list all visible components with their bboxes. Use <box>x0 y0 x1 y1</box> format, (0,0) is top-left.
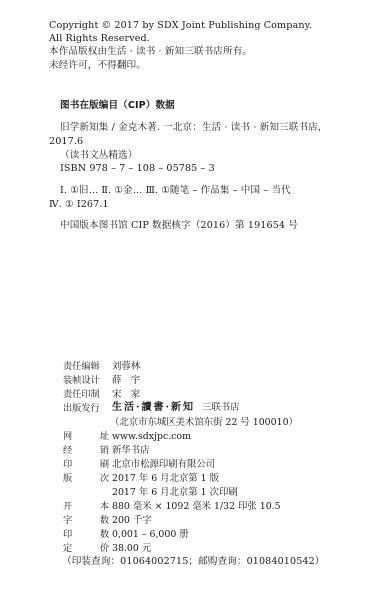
credit-label-website: 网 址 <box>63 431 113 443</box>
cip-entry-line2: 2017.6 <box>49 136 83 148</box>
cip-verification: 中国版本图书馆 CIP 数据核字（2016）第 191654 号 <box>60 220 298 232</box>
credit-value-printer: 北京市松源印刷有限公司 <box>112 459 215 471</box>
credit-value-edition: 2017 年 6 月北京第 1 版 <box>112 473 219 485</box>
cip-isbn: ISBN 978 – 7 – 108 – 05785 – 3 <box>60 163 215 175</box>
credit-value-price: 38.00 元 <box>112 543 151 555</box>
credit-label-designer: 装帧设计 <box>63 375 113 387</box>
copyright-line: Copyright © 2017 by SDX Joint Publishing… <box>49 20 312 32</box>
cip-subjects-line1: Ⅰ. ①旧… Ⅱ. ①金… Ⅲ. ①随笔 – 作品集 – 中国 – 当代 <box>60 185 291 197</box>
ownership-notice: 本作品版权由生活 · 读书 · 新知三联书店所有。 <box>49 46 252 58</box>
credit-label-word-count: 字 数 <box>63 515 113 527</box>
publisher-name: 三联书店 <box>202 402 240 413</box>
credit-label-print-run: 印 数 <box>63 529 113 541</box>
cip-heading: 图书在版编目（CIP）数据 <box>60 100 175 112</box>
credit-label-printer: 印 刷 <box>63 459 113 471</box>
credit-value-print-run: 0,001 – 6,000 册 <box>112 529 189 541</box>
publisher-address: （北京市东城区美术馆东街 22 号 100010） <box>110 417 298 429</box>
credit-label-publisher: 出版发行 <box>63 403 113 415</box>
credit-label-format: 开 本 <box>63 501 113 513</box>
credit-value-designer: 薛 宇 <box>112 375 140 387</box>
website-link[interactable]: www.sdxjpc.com <box>112 431 191 443</box>
rights-reserved-line: All Rights Reserved. <box>49 33 150 45</box>
credit-label-distributor: 经 销 <box>63 445 113 457</box>
credit-value-editor: 刘蓉林 <box>112 361 140 373</box>
credit-label-edition: 版 次 <box>63 473 113 485</box>
cip-entry-line1: 旧学新知集 / 金克木著. 一北京：生活 · 读书 · 新知三联书店， <box>60 122 327 134</box>
credit-value-format: 880 毫米 × 1092 毫米 1/32 印张 10.5 <box>112 501 281 513</box>
credit-label-print-supervisor: 责任印制 <box>63 389 113 401</box>
credit-value-printing: 2017 年 6 月北京第 1 次印刷 <box>112 487 238 499</box>
credit-value-distributor: 新华书店 <box>112 445 150 457</box>
cip-series: （读书文丛精选） <box>60 150 138 162</box>
credit-label-editor: 责任编辑 <box>63 361 113 373</box>
cip-subjects-line2: Ⅳ. ① I267.1 <box>49 199 109 211</box>
credit-label-price: 定 价 <box>63 543 113 555</box>
inquiry-line: （印装查询：01064002715；邮购查询：01084010542） <box>62 556 325 568</box>
credit-value-word-count: 200 千字 <box>112 515 152 527</box>
credit-value-print-supervisor: 宋 家 <box>112 389 140 401</box>
reprint-notice: 未经许可，不得翻印。 <box>49 60 146 72</box>
credit-value-publisher: 生活·讀書·新知 三联书店 <box>112 402 239 414</box>
publisher-brand: 生活·讀書·新知 <box>112 402 195 413</box>
